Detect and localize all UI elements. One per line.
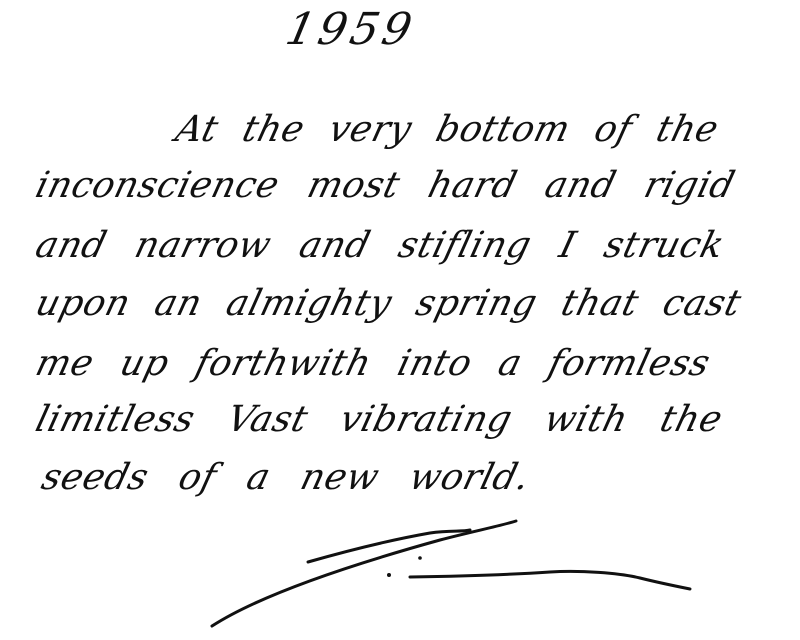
year-heading: 1959 xyxy=(282,8,419,52)
text-line-5: me up forthwith into a formless xyxy=(32,346,714,382)
text-line-3: and narrow and stifling I struck xyxy=(32,228,728,264)
handwritten-page: 1959 At the very bottom of the inconscie… xyxy=(0,0,800,640)
text-line-6: limitless Vast vibrating with the xyxy=(32,402,726,438)
text-line-1: At the very bottom of the xyxy=(172,112,722,148)
signature-icon xyxy=(200,510,700,630)
text-line-7: seeds of a new world. xyxy=(38,460,533,496)
text-line-2: inconscience most hard and rigid xyxy=(32,168,738,204)
text-line-4: upon an almighty spring that cast xyxy=(32,286,745,322)
